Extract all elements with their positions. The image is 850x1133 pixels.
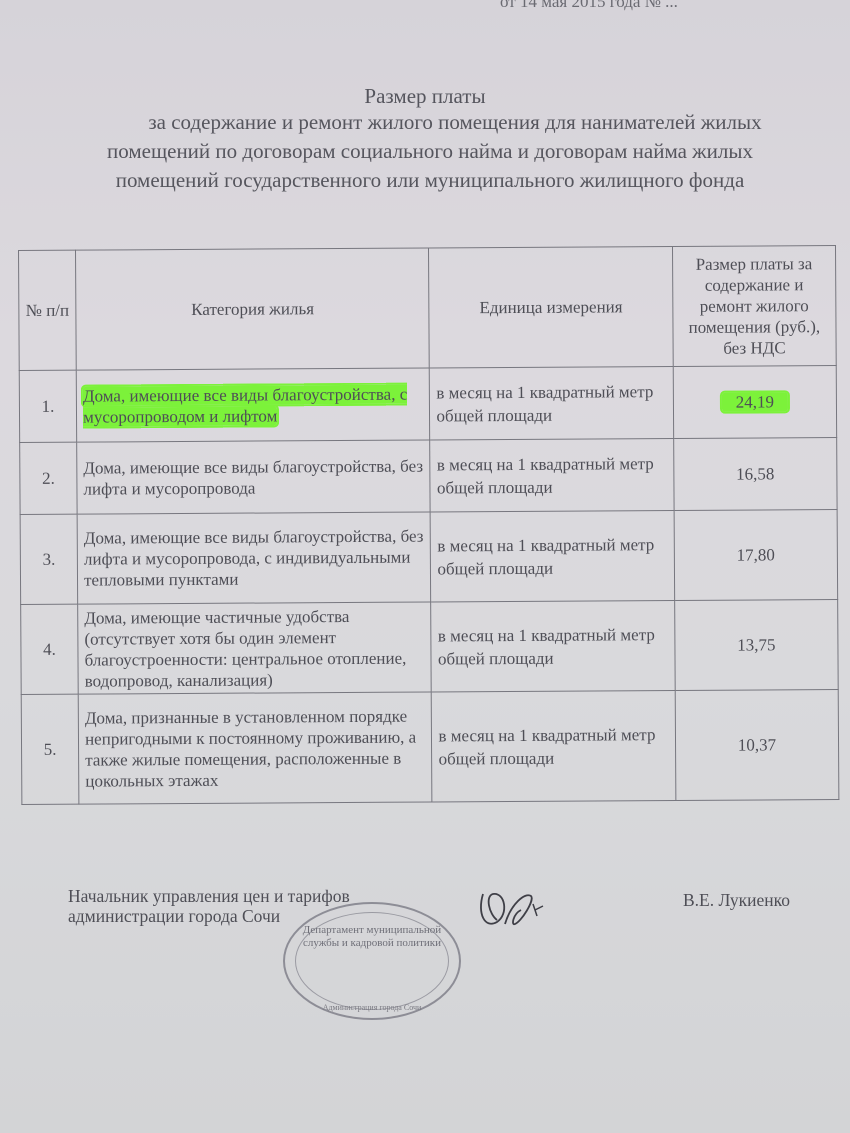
row-num: 5. — [21, 694, 79, 804]
row-category: Дома, имеющие все виды благоустройства, … — [77, 512, 431, 604]
document-subtitle: за содержание и ремонт жилого помещения … — [40, 108, 820, 195]
row-value: 17,80 — [674, 510, 838, 601]
row-category: Дома, имеющие частичные удобства (отсутс… — [78, 602, 432, 694]
table-row: 1. Дома, имеющие все виды благоустройств… — [19, 366, 836, 443]
header-category: Категория жилья — [76, 248, 430, 370]
row-value-highlighted: 24,19 — [722, 392, 788, 411]
subtitle-line: помещений по договорам социального найма… — [40, 137, 820, 166]
row-num: 4. — [21, 604, 79, 694]
stamp-ring-text: Администрация города Сочи — [285, 1003, 459, 1012]
table-row: 3. Дома, имеющие все виды благоустройств… — [20, 510, 838, 605]
row-category: Дома, имеющие все виды благоустройства, … — [77, 440, 431, 514]
table-header-row: № п/п Категория жилья Единица измерения … — [19, 246, 837, 371]
signer-position-line: Начальник управления цен и тарифов — [68, 886, 350, 906]
row-unit: в месяц на 1 квадратный метр общей площа… — [430, 367, 674, 440]
row-category-highlighted: Дома, имеющие все виды благоустройства, … — [83, 384, 407, 426]
stamp-center-text: Департамент муниципальной службы и кадро… — [285, 924, 459, 950]
row-num: 2. — [20, 442, 78, 514]
header-num: № п/п — [19, 250, 77, 370]
official-stamp: Департамент муниципальной службы и кадро… — [283, 902, 461, 1020]
row-unit: в месяц на 1 квадратный метр общей площа… — [432, 690, 676, 801]
subtitle-line: за содержание и ремонт жилого помещения … — [40, 108, 820, 137]
table-row: 5. Дома, признанные в установленном поря… — [21, 689, 839, 804]
signer-name: В.Е. Лукиенко — [683, 890, 790, 911]
row-unit: в месяц на 1 квадратный метр общей площа… — [431, 510, 675, 601]
handwritten-signature-icon — [475, 884, 555, 934]
row-category: Дома, признанные в установленном порядке… — [78, 692, 432, 804]
row-value: 16,58 — [673, 438, 837, 511]
row-num: 3. — [20, 514, 78, 604]
subtitle-line: помещений государственного или муниципал… — [40, 166, 820, 195]
table-row: 4. Дома, имеющие частичные удобства (отс… — [21, 599, 839, 694]
document-title: Размер платы — [0, 84, 850, 109]
row-unit: в месяц на 1 квадратный метр общей площа… — [431, 600, 675, 691]
rates-table: № п/п Категория жилья Единица измерения … — [18, 245, 839, 805]
row-value: 10,37 — [675, 689, 839, 800]
header-value: Размер платы за содержание и ремонт жило… — [672, 246, 836, 367]
row-unit: в месяц на 1 квадратный метр общей площа… — [430, 438, 674, 511]
row-num: 1. — [19, 370, 77, 442]
table-row: 2. Дома, имеющие все виды благоустройств… — [20, 438, 837, 515]
document-reference: от 14 мая 2015 года № ... — [500, 0, 678, 12]
row-value: 13,75 — [674, 599, 838, 690]
header-unit: Единица измерения — [429, 247, 673, 368]
